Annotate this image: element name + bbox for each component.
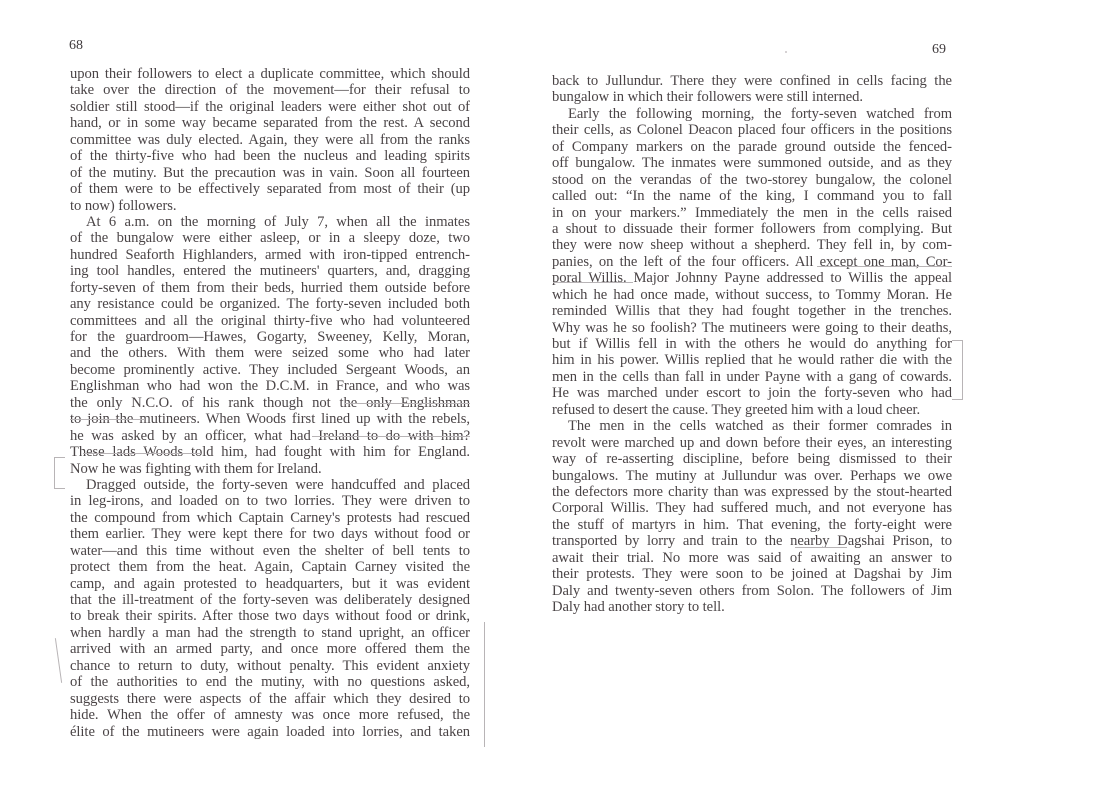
text-line: hundred Seaforth Highlanders, armed with… <box>70 247 470 263</box>
text-line: to now) followers. <box>70 198 470 214</box>
text-line: back to Jullundur. There they were confi… <box>552 73 952 89</box>
text-line: protect them from the heat. Again, Capta… <box>70 559 470 575</box>
text-line: when hardly a man had the strength to st… <box>70 625 470 641</box>
text-line: revolt were marched up and down before t… <box>552 435 952 451</box>
text-line: the compound from which Captain Carney's… <box>70 510 470 526</box>
paragraph-start: At 6 a.m. on the morning of July 7, when… <box>70 214 470 230</box>
text-line: hand, or in some way became separated fr… <box>70 115 470 131</box>
text-line-underlined: Englishman who had won the D.C.M. in Fra… <box>70 378 470 394</box>
text-line: Why was he so foolish? The mutineers wer… <box>552 320 952 336</box>
paragraph-start: Dragged outside, the forty-seven were ha… <box>70 477 470 493</box>
text-line-underlined: poral Willis. Major Johnny Payne address… <box>552 270 952 286</box>
text-line: committee was duly elected. Again, they … <box>70 132 470 148</box>
text-line: of the bungalow were either asleep, or i… <box>70 230 470 246</box>
page-number-left: 68 <box>69 38 83 54</box>
page-number-right: 69 <box>932 42 946 58</box>
text-line: way of re-asserting discipline, before b… <box>552 451 952 467</box>
text-line: reminded Willis that they had fought tog… <box>552 303 952 319</box>
text-line: bungalows. The mutiny at Jullundur was o… <box>552 468 952 484</box>
right-page: 69 back to Jullundur. There they were co… <box>540 0 1103 792</box>
text-line: of Company markers on the parade ground … <box>552 139 952 155</box>
text-line: arrived with an armed party, and once mo… <box>70 641 470 657</box>
text-line: men in the cells than fall in under Payn… <box>552 369 952 385</box>
text-line: refused to desert the cause. They greete… <box>552 402 952 418</box>
text-line: suggests there were aspects of the affai… <box>70 691 470 707</box>
text-line: hide. When the offer of amnesty was once… <box>70 707 470 723</box>
text-line: which he had once made, without success,… <box>552 287 952 303</box>
text-line: water—and this time without even the she… <box>70 543 470 559</box>
text-line: forty-seven of them from their beds, hur… <box>70 280 470 296</box>
text-line: He was marched under escort to join the … <box>552 385 952 401</box>
text-line: stood on the verandas of the two-storey … <box>552 172 952 188</box>
text-line: the stuff of martyrs in him. That evenin… <box>552 517 952 533</box>
left-page: 68 upon their followers to elect a dupli… <box>0 0 540 792</box>
text-line-underlined: panies, on the left of the four officers… <box>552 254 952 270</box>
text-line: the defectors more charity than was expr… <box>552 484 952 500</box>
text-line: they were now sheep without a shepherd. … <box>552 237 952 253</box>
right-page-body: back to Jullundur. There they were confi… <box>552 73 952 615</box>
pencil-bracket <box>952 340 963 400</box>
paper-speck <box>785 51 787 53</box>
text-line: élite of the mutineers were again loaded… <box>70 724 470 740</box>
text-line: camp, and again protested to headquarter… <box>70 576 470 592</box>
pencil-margin-line <box>55 638 62 683</box>
pencil-underline <box>83 453 201 454</box>
pencil-bracket <box>54 457 65 489</box>
text-line: take over the direction of the movement—… <box>70 82 470 98</box>
pencil-underline <box>312 436 470 437</box>
text-line: bungalow in which their followers were s… <box>552 89 952 105</box>
pencil-underline <box>795 547 847 548</box>
text-line: committees and all the original thirty-f… <box>70 313 470 329</box>
text-line: but if Willis fell in with the others he… <box>552 336 952 352</box>
pencil-underline <box>817 266 952 267</box>
text-line: Daly had another story to tell. <box>552 599 952 615</box>
text-line: called out: “In the name of the king, I … <box>552 188 952 204</box>
text-line: chance to return to duty, without penalt… <box>70 658 470 674</box>
text-line: off bungalow. The inmates were summoned … <box>552 155 952 171</box>
text-line: Now he was fighting with them for Irelan… <box>70 461 470 477</box>
text-line: of the authorities to end the mutiny, wi… <box>70 674 470 690</box>
text-line: them earlier. They were kept there for t… <box>70 526 470 542</box>
text-line: in leg-irons, and loaded on to two lorri… <box>70 493 470 509</box>
text-line: to break their spirits. After those two … <box>70 608 470 624</box>
text-line: of the mutiny. But the precaution was in… <box>70 165 470 181</box>
pencil-margin-line <box>484 622 485 747</box>
text-line-underlined: transported by lorry and train to the ne… <box>552 533 952 549</box>
text-line: upon their followers to elect a duplicat… <box>70 66 470 82</box>
text-line: their cells, as Colonel Deacon placed fo… <box>552 122 952 138</box>
text-line: for the guardroom—Hawes, Gogarty, Sweene… <box>70 329 470 345</box>
pencil-underline <box>70 419 145 420</box>
text-line: await their trial. No more was said of a… <box>552 550 952 566</box>
text-line: of them were to be effectively separated… <box>70 181 470 197</box>
text-line: of the thirty-five who had been the nucl… <box>70 148 470 164</box>
text-line: and the others. With them were seized so… <box>70 345 470 361</box>
text-line: their protests. They were soon to be joi… <box>552 566 952 582</box>
text-line: him in his power. Willis replied that he… <box>552 352 952 368</box>
text-line: Corporal Willis. They had suffered much,… <box>552 500 952 516</box>
pencil-underline <box>553 282 633 283</box>
text-line-underlined: become prominently active. They included… <box>70 362 470 378</box>
text-line: in on your markers.” Immediately the men… <box>552 205 952 221</box>
paragraph-start: Early the following morning, the forty-s… <box>552 106 952 122</box>
text-line: soldier still stood—if the original lead… <box>70 99 470 115</box>
text-line: any resistance could be organized. The f… <box>70 296 470 312</box>
text-line: Daly and twenty-seven others from Solon.… <box>552 583 952 599</box>
text-line: that the ill-treatment of the forty-seve… <box>70 592 470 608</box>
text-line: ing tool handles, entered the mutineers'… <box>70 263 470 279</box>
pencil-underline <box>345 403 470 404</box>
text-line: a shout to dissuade their former followe… <box>552 221 952 237</box>
paragraph-start: The men in the cells watched as their fo… <box>552 418 952 434</box>
